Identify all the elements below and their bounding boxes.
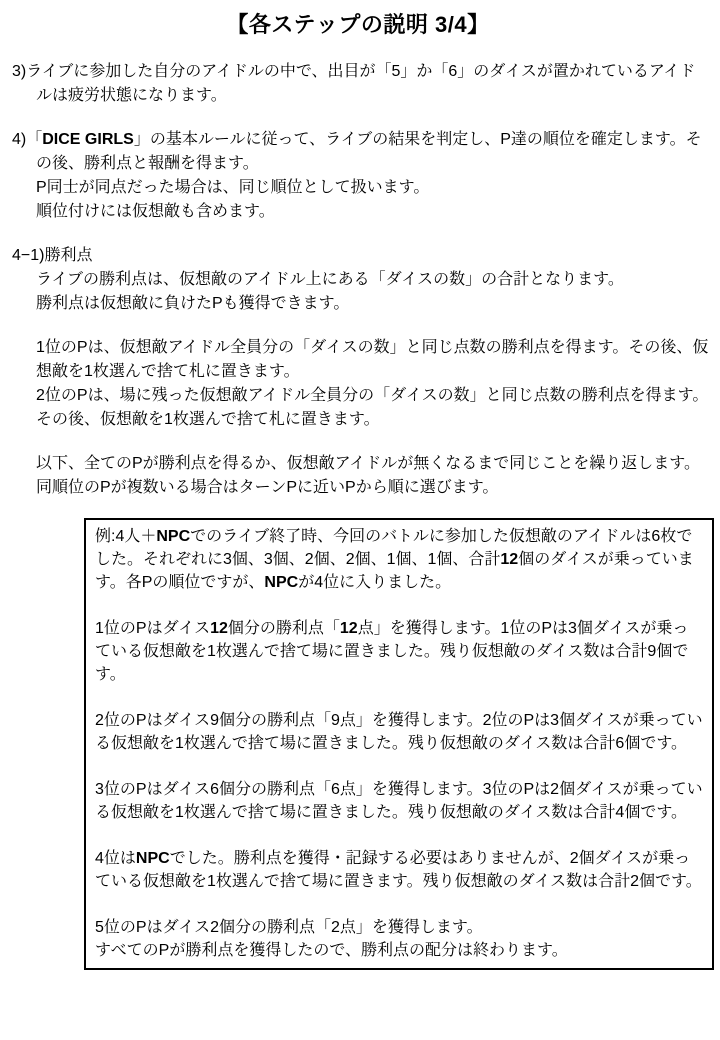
text-run: 個分の勝利点「	[228, 620, 340, 637]
text-run: すべてのPが勝利点を獲得したので、勝利点の配分は終わります。	[95, 942, 568, 959]
text-run: 順位付けには仮想敵も含めます。	[36, 203, 275, 220]
text-run: 勝利点は仮想敵に負けたPも獲得できます。	[36, 295, 349, 312]
paragraph-line: 例:4人＋NPCでのライブ終了時、今回のバトルに参加した仮想敵のアイドルは6枚で…	[95, 525, 703, 594]
text-run: 勝利点	[44, 247, 92, 264]
paragraph-line: 1位のPはダイス12個分の勝利点「12点」を獲得します。1位のPは3個ダイスが乗…	[95, 617, 703, 686]
text-run: 」の基本ルールに従って、ライブの結果を判定し、P達の順位を確定します。その後、勝…	[36, 131, 702, 172]
paragraph-line: 以下、全てのPが勝利点を得るか、仮想敵アイドルが無くなるまで同じことを繰り返しま…	[36, 452, 710, 500]
paragraph-line: 1位のPは、仮想敵アイドル全員分の「ダイスの数」と同じ点数の勝利点を得ます。その…	[36, 336, 710, 384]
paragraph-line: 順位付けには仮想敵も含めます。	[36, 200, 710, 224]
bold-text: 12	[210, 620, 228, 637]
bold-text: NPC	[136, 850, 170, 867]
text-run: 4位は	[95, 850, 136, 867]
bold-text: 12	[340, 620, 358, 637]
paragraph-marker: 4−1)	[12, 247, 44, 264]
paragraph-line: 勝利点は仮想敵に負けたPも獲得できます。	[36, 292, 710, 316]
paragraph-line: すべてのPが勝利点を獲得したので、勝利点の配分は終わります。	[95, 939, 703, 962]
rule-paragraph: 1位のPは、仮想敵アイドル全員分の「ダイスの数」と同じ点数の勝利点を得ます。その…	[6, 336, 710, 432]
text-run: 「	[26, 131, 42, 148]
text-run: ライブの勝利点は、仮想敵のアイドル上にある「ダイスの数」の合計となります。	[36, 271, 624, 288]
paragraph-line: 5位のPはダイス2個分の勝利点「2点」を獲得します。	[95, 916, 703, 939]
paragraph-line: P同士が同点だった場合は、同じ順位として扱います。	[36, 176, 710, 200]
text-run: が4位に入りました。	[298, 574, 451, 591]
example-paragraph: 2位のPはダイス9個分の勝利点「9点」を獲得します。2位のPは3個ダイスが乗って…	[95, 709, 703, 755]
example-paragraph: 4位はNPCでした。勝利点を獲得・記録する必要はありませんが、2個ダイスが乗って…	[95, 847, 703, 893]
example-paragraph: 1位のPはダイス12個分の勝利点「12点」を獲得します。1位のPは3個ダイスが乗…	[95, 617, 703, 686]
text-run: P同士が同点だった場合は、同じ順位として扱います。	[36, 179, 429, 196]
example-paragraph: 3位のPはダイス6個分の勝利点「6点」を獲得します。3位のPは2個ダイスが乗って…	[95, 778, 703, 824]
rule-paragraph: 3)ライブに参加した自分のアイドルの中で、出目が「5」か「6」のダイスが置かれて…	[6, 60, 710, 108]
paragraph-line: 4)「DICE GIRLS」の基本ルールに従って、ライブの結果を判定し、P達の順…	[36, 128, 710, 176]
paragraph-line: 3)ライブに参加した自分のアイドルの中で、出目が「5」か「6」のダイスが置かれて…	[36, 60, 710, 108]
text-run: 1位のPはダイス	[95, 620, 210, 637]
rule-paragraph: 4−1)勝利点ライブの勝利点は、仮想敵のアイドル上にある「ダイスの数」の合計とな…	[6, 244, 710, 316]
bold-text: NPC	[264, 574, 298, 591]
paragraph-line: 3位のPはダイス6個分の勝利点「6点」を獲得します。3位のPは2個ダイスが乗って…	[95, 778, 703, 824]
paragraph-line: 4位はNPCでした。勝利点を獲得・記録する必要はありませんが、2個ダイスが乗って…	[95, 847, 703, 893]
example-box: 例:4人＋NPCでのライブ終了時、今回のバトルに参加した仮想敵のアイドルは6枚で…	[84, 518, 714, 970]
example-paragraph: 5位のPはダイス2個分の勝利点「2点」を獲得します。すべてのPが勝利点を獲得した…	[95, 916, 703, 962]
bold-text: 12	[500, 551, 518, 568]
paragraph-marker: 3)	[12, 63, 26, 80]
paragraph-line: 2位のPは、場に残った仮想敵アイドル全員分の「ダイスの数」と同じ点数の勝利点を得…	[36, 384, 710, 432]
rule-paragraph: 4)「DICE GIRLS」の基本ルールに従って、ライブの結果を判定し、P達の順…	[6, 128, 710, 224]
text-run: 例:4人＋	[95, 528, 156, 545]
text-run: 5位のPはダイス2個分の勝利点「2点」を獲得します。	[95, 919, 483, 936]
text-run: 1位のPは、仮想敵アイドル全員分の「ダイスの数」と同じ点数の勝利点を得ます。その…	[36, 339, 708, 380]
paragraph-line: ライブの勝利点は、仮想敵のアイドル上にある「ダイスの数」の合計となります。	[36, 268, 710, 292]
page-title: 【各ステップの説明 3/4】	[6, 10, 710, 40]
text-run: 3位のPはダイス6個分の勝利点「6点」を獲得します。3位のPは2個ダイスが乗って…	[95, 781, 703, 821]
bold-text: NPC	[156, 528, 190, 545]
rules-body: 3)ライブに参加した自分のアイドルの中で、出目が「5」か「6」のダイスが置かれて…	[6, 60, 710, 500]
rule-paragraph: 以下、全てのPが勝利点を得るか、仮想敵アイドルが無くなるまで同じことを繰り返しま…	[6, 452, 710, 500]
text-run: 2位のPはダイス9個分の勝利点「9点」を獲得します。2位のPは3個ダイスが乗って…	[95, 712, 703, 752]
paragraph-line: 2位のPはダイス9個分の勝利点「9点」を獲得します。2位のPは3個ダイスが乗って…	[95, 709, 703, 755]
text-run: ライブに参加した自分のアイドルの中で、出目が「5」か「6」のダイスが置かれている…	[26, 63, 695, 104]
text-run: でした。勝利点を獲得・記録する必要はありませんが、2個ダイスが乗っている仮想敵を…	[95, 850, 702, 890]
paragraph-marker: 4)	[12, 131, 26, 148]
bold-text: DICE GIRLS	[42, 131, 134, 148]
text-run: 以下、全てのPが勝利点を得るか、仮想敵アイドルが無くなるまで同じことを繰り返しま…	[36, 455, 700, 496]
text-run: 2位のPは、場に残った仮想敵アイドル全員分の「ダイスの数」と同じ点数の勝利点を得…	[36, 387, 708, 428]
example-paragraph: 例:4人＋NPCでのライブ終了時、今回のバトルに参加した仮想敵のアイドルは6枚で…	[95, 525, 703, 594]
rules-document: 【各ステップの説明 3/4】 3)ライブに参加した自分のアイドルの中で、出目が「…	[0, 0, 720, 970]
paragraph-line: 4−1)勝利点	[36, 244, 710, 268]
